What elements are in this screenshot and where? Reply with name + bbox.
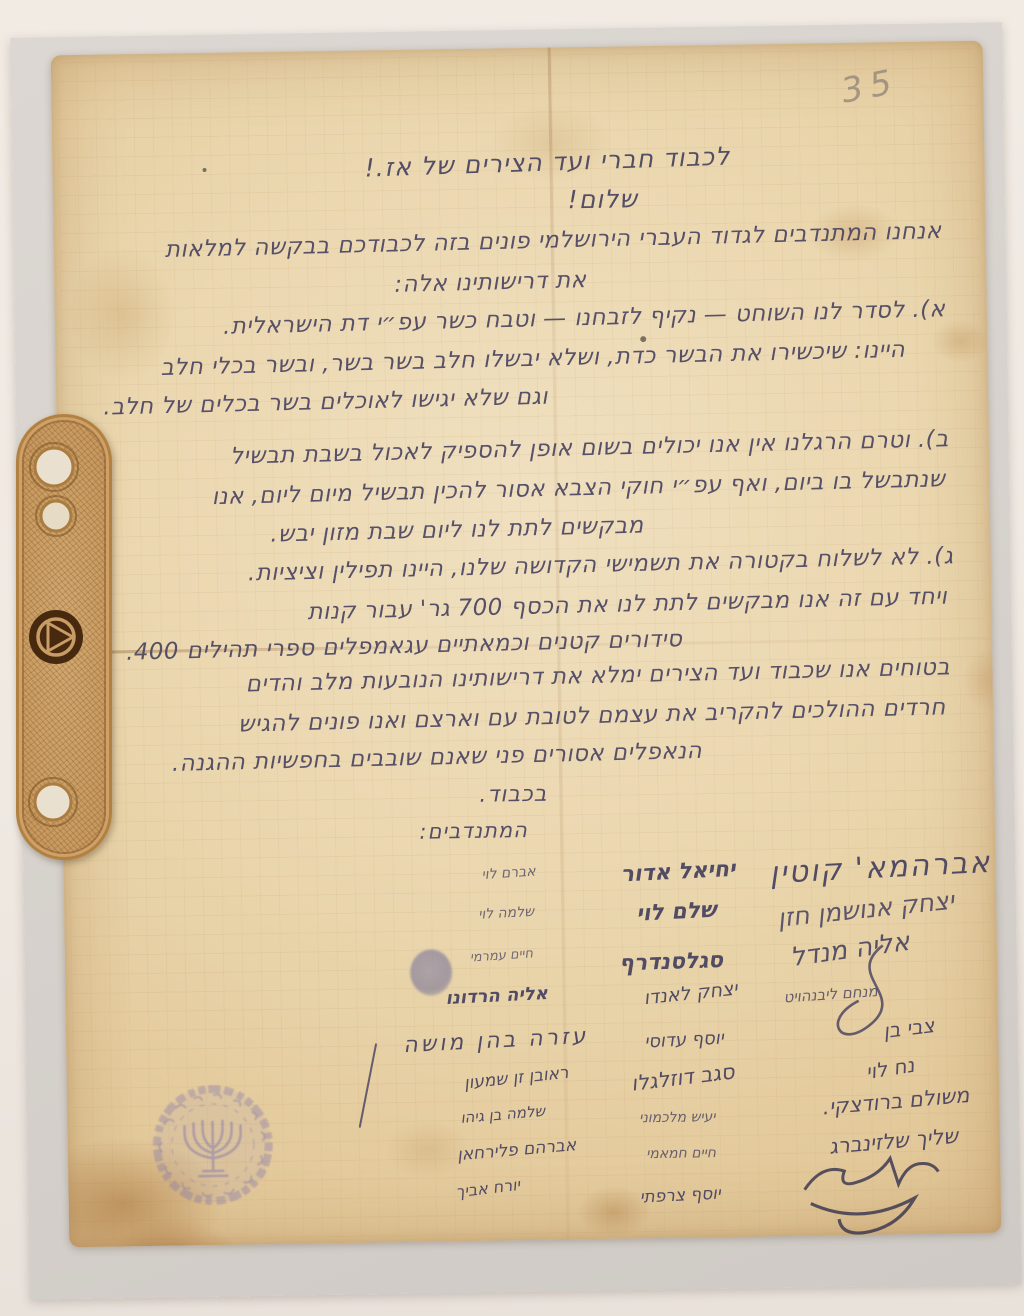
photo-backdrop: { "colors": { "ink": "#474260", "paper":… (0, 0, 1024, 1316)
letter-salutation: לכבוד חברי ועד הצירים של אז.! (364, 142, 731, 183)
ink-dot (640, 336, 646, 342)
signature: שלמה לוי (478, 904, 535, 923)
illegible-signature-flourish (796, 1149, 967, 1242)
menorah-stamp-icon (137, 1069, 289, 1221)
section-b-line: ב). וטרם הרגלנו אין אנו יכולים בשום אופן… (230, 426, 949, 470)
archival-number: 35 (838, 61, 902, 111)
signature: יוסף עדוסי (644, 1028, 725, 1053)
band-ornaments (16, 414, 112, 860)
signature: יחיאל אדור (620, 857, 736, 888)
signature: סגב דוזלגלו (630, 1059, 736, 1095)
signature: חיים עמרמי (469, 946, 533, 965)
letter-document: 35 לכבוד חברי ועד הצירים של אז.! שלום! א… (51, 41, 1002, 1247)
signature: אליה מנדל (788, 927, 911, 973)
signature: יצחק לאנדו (643, 978, 739, 1010)
archival-band (16, 414, 112, 860)
section-a-line: א). לסדר לנו השוחט — נקיף לזבחנו — וטבח … (222, 296, 945, 340)
section-c-line: ג). לא לשלוח בקטורה את תשמישי הקדושה שלנ… (248, 543, 954, 586)
section-b-line: שנתבשל בו ביום, ואף עפ״י חוקי הצבא אסור … (212, 466, 946, 510)
signature: יעיש מלכמוני (639, 1109, 716, 1126)
signatories-label: המתנדבים: (419, 818, 528, 844)
section-c-line: ויחד עם זה אנו מבקשים לתת לנו את הכסף 70… (307, 584, 947, 626)
sign-off: בכבוד. (479, 782, 547, 808)
signature: מנחם ליבנהויט (783, 982, 878, 1006)
closing-line: הנאפלים אסורים פני שאנם שובבים בחפשיות ה… (171, 738, 702, 777)
signature: סגלסנדרף (619, 948, 724, 976)
signature: שלם לוי (636, 898, 717, 927)
signature: יורח אביך (455, 1175, 521, 1202)
rivet-hole (35, 784, 71, 820)
signature: נח לוי (864, 1053, 916, 1084)
signature: יוסף צרפתי (639, 1184, 721, 1208)
section-b-line: מבקשים לתת לנו ליום שבת מזון יבש. (269, 513, 643, 548)
signature: עזרה בהן מושה (403, 1024, 589, 1058)
signature: חיים חמאמי (646, 1145, 716, 1162)
signature: שלמה בן גיהו (460, 1102, 546, 1127)
section-a-line: וגם שלא יגישו לאוכלים בשר בכלים של חלב. (103, 384, 548, 421)
signature: אברהמא' קוטין (769, 845, 992, 891)
rivet-hole (35, 448, 73, 486)
closing-line: חרדים ההולכים להקריב את עצמם לטובת עם וא… (238, 694, 946, 737)
signature: אברהם פלירחאן (456, 1135, 577, 1165)
ink-dot (202, 168, 206, 172)
signature: משולם ברודצקי. (821, 1083, 970, 1119)
triangle-emblem-icon (29, 610, 83, 664)
signature: אליה הרדונו (445, 983, 548, 1009)
section-a-line: היינו: שיכשירו את הבשר כדת, ושלא יבשלו ח… (161, 337, 906, 381)
intro-line: אנחנו המתנדבים לגדוד העברי הירושלמי פוני… (165, 218, 942, 263)
section-c-line: סידורים קטנים וכמאתיים עגאמפלים ספרי תהי… (125, 626, 682, 666)
intro-line: את דרישותינו אלה: (394, 267, 587, 298)
closing-line: בטוחים אנו שכבוד ועד הצירים ימלא את דריש… (246, 654, 951, 697)
letter-greeting: שלום! (567, 184, 638, 214)
signature: יצחק אנושמן חזן (776, 886, 955, 933)
signature: שליך שלזינברג (828, 1124, 959, 1159)
signature: צבי בן (882, 1013, 936, 1043)
signature-descender-stroke (359, 1043, 378, 1128)
rivet-hole (41, 501, 71, 531)
signature: אברם לוי (481, 863, 536, 883)
signature: ראובן זן שמעון (463, 1063, 569, 1094)
